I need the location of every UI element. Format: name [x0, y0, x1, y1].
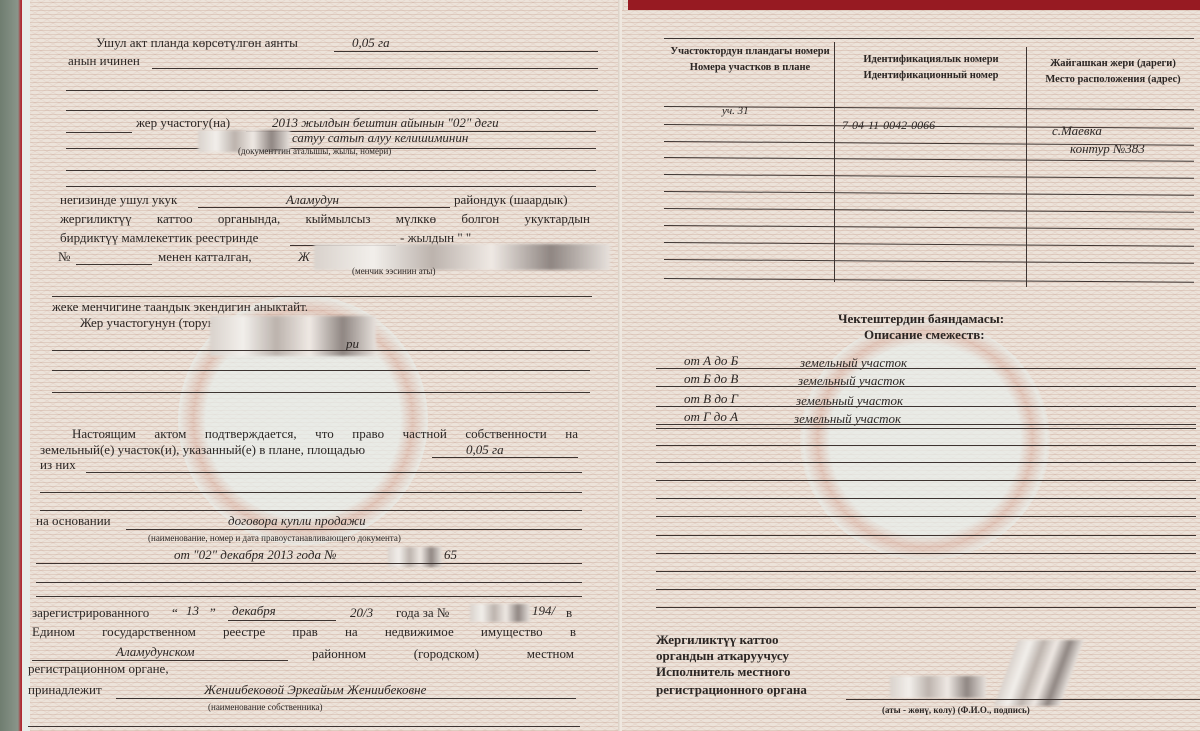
- rule: [66, 110, 598, 111]
- rule: [656, 516, 1196, 517]
- ru-district-suffix: районном (городском) местном: [312, 647, 574, 661]
- signatory-line-2: органдын аткаруучусу: [656, 649, 789, 663]
- redacted-signatory-name: [890, 676, 986, 698]
- adjacency-title-ky: Чектештердин баяндамасы:: [838, 312, 1004, 326]
- ru-registry-line: Едином государственном реестре прав на н…: [32, 625, 576, 639]
- rule: [656, 406, 1196, 407]
- rule: [36, 563, 582, 564]
- rule: [656, 589, 1196, 590]
- adjacency-segment: от Г до А: [684, 410, 738, 424]
- of-them-label-ky: анын ичинен: [68, 54, 140, 68]
- signatory-line-3: Исполнитель местного: [656, 665, 791, 679]
- table-col-divider: [834, 42, 835, 282]
- owner-caption: (менчик ээсинин аты): [352, 266, 435, 276]
- signatory-line-1: Жергиликтүү каттоо: [656, 633, 779, 647]
- quote-open: “: [172, 606, 178, 620]
- rule: [656, 480, 1196, 481]
- doc-value: сатуу сатып алуу келишиминин: [292, 131, 468, 145]
- signature-caption: (аты - жөнү, колу) (Ф.И.О., подпись): [882, 705, 1030, 715]
- rule: [656, 368, 1196, 369]
- rule: [76, 264, 152, 265]
- number-label: №: [58, 250, 70, 264]
- signatory-line-4: регистрационного органа: [656, 683, 807, 697]
- ru-confirm-line-1: Настоящим актом подтверждается, что прав…: [72, 427, 578, 441]
- header-ru: Место расположения (адрес): [1032, 74, 1194, 86]
- adjacency-segment: от Б до В: [684, 372, 738, 386]
- ru-registered-year: 20/3: [350, 606, 373, 620]
- ru-confirm-line-2: земельный(е) участок(и), указанный(е) в …: [40, 443, 365, 457]
- ru-area-value: 0,05 га: [466, 443, 504, 457]
- land-plot-label: жер участогу(на): [136, 116, 230, 130]
- rule: [66, 170, 596, 171]
- rule: [656, 607, 1196, 608]
- registry-line-1: жергиликтүү каттоо органында, кыймылсыз …: [60, 212, 590, 226]
- table-header-id: Идентификациялык номери Идентификационны…: [840, 54, 1022, 82]
- rule: [52, 350, 590, 351]
- rule: [656, 386, 1196, 387]
- adjacency-segment: от А до Б: [684, 354, 738, 368]
- rule: [40, 492, 582, 493]
- rule: [656, 445, 1196, 446]
- rule: [52, 370, 590, 371]
- table-header-location: Жайгашкан жери (дареги) Место расположен…: [1032, 58, 1194, 86]
- table-col-divider: [1026, 47, 1027, 287]
- private-property-text: жеке менчигине таандык экендигин аныктай…: [52, 300, 308, 314]
- purpose-suffix: ри: [346, 337, 359, 351]
- ru-registered-label: зарегистрированного: [32, 606, 149, 620]
- table-top-rule: [664, 38, 1194, 39]
- header-ky: Участоктордун пландагы номери: [670, 46, 830, 58]
- redacted-contract-number: [388, 547, 442, 567]
- registry-line-2: бирдиктүү мамлекеттик реестринде: [60, 231, 258, 245]
- rule: [36, 582, 582, 583]
- ru-owner-label: принадлежит: [28, 683, 102, 697]
- ru-registered-year-suffix: года за №: [396, 606, 449, 620]
- rule: [36, 596, 582, 597]
- adjacency-title-ru: Описание смежеств:: [864, 328, 985, 342]
- quote-close: ”: [210, 606, 216, 620]
- ru-date-value: от "02" декабря 2013 года №: [174, 548, 336, 562]
- rule: [116, 698, 576, 699]
- rule: [656, 462, 1196, 463]
- registered-with: менен катталган,: [158, 250, 252, 264]
- rule: [126, 529, 582, 530]
- header-ky: Идентификациялык номери: [840, 54, 1022, 66]
- ru-basis-value: договора купли продажи: [228, 514, 366, 528]
- rule: [66, 132, 132, 133]
- rule: [656, 553, 1196, 554]
- ru-of-them: из них: [40, 458, 76, 472]
- rule: [86, 472, 582, 473]
- district-value: Аламудун: [286, 193, 339, 207]
- rule: [334, 51, 598, 52]
- rule: [432, 457, 578, 458]
- rule: [66, 90, 598, 91]
- rule: [152, 68, 598, 69]
- ru-date-number-suffix: 65: [444, 548, 457, 562]
- rule: [52, 296, 592, 297]
- rule: [198, 207, 450, 208]
- ru-registered-in: в: [566, 606, 572, 620]
- rule: [656, 535, 1196, 536]
- rule: [656, 498, 1196, 499]
- land-plot-value: 2013 жылдын бештин айынын "02" деги: [272, 116, 499, 130]
- year-label: - жылдын " ": [400, 231, 471, 245]
- ru-owner-value: Жениибековой Эркеайым Жениибековне: [204, 683, 426, 697]
- rule: [52, 392, 590, 393]
- ru-owner-caption: (наименование собственника): [208, 702, 323, 712]
- district-suffix: райондук (шаардык): [454, 193, 568, 207]
- table-header-plot: Участоктордун пландагы номери Номера уча…: [670, 46, 830, 74]
- ru-registered-number-suffix: 194/: [532, 604, 555, 618]
- header-ru: Номера участков в плане: [670, 62, 830, 74]
- adjacency-segment: от В до Г: [684, 392, 738, 406]
- rule: [40, 510, 582, 511]
- ru-district-value: Аламудунском: [116, 645, 195, 659]
- ru-registered-day: 13: [186, 604, 199, 618]
- area-label-ky: Ушул акт планда көрсөтүлгөн аянты: [96, 36, 298, 50]
- rule: [228, 620, 336, 621]
- header-ky: Жайгашкан жери (дареги): [1032, 58, 1194, 70]
- doc-caption: (документтин аталышы, жылы, номери): [238, 146, 391, 156]
- owner-initial: Ж: [298, 250, 310, 264]
- rule: [656, 424, 1196, 425]
- cell-plot-number: уч. 31: [722, 104, 749, 118]
- rule: [66, 186, 596, 187]
- basis-prefix: негизинде ушул укук: [60, 193, 177, 207]
- rule: [28, 726, 580, 727]
- ru-basis-caption: (наименование, номер и дата правоустанав…: [148, 533, 401, 543]
- header-ru: Идентификационный номер: [840, 70, 1022, 82]
- area-value-ky: 0,05 га: [352, 36, 390, 50]
- signature-rule: [846, 699, 1200, 700]
- ru-basis-label: на основании: [36, 514, 111, 528]
- redacted-registration-number: [470, 604, 530, 622]
- ru-organ: регистрационном органе,: [28, 662, 169, 676]
- rule: [656, 571, 1196, 572]
- ru-registered-month: декабря: [232, 604, 276, 618]
- rule: [656, 428, 1196, 429]
